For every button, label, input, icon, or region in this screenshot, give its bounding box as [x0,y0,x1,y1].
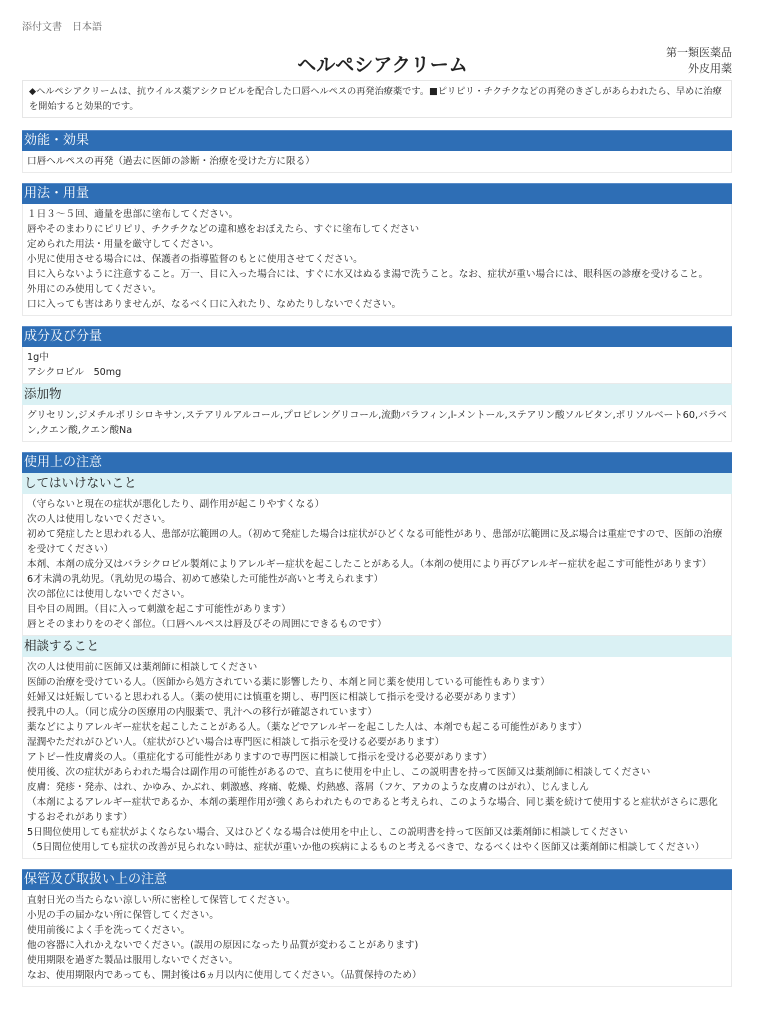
text-line: （守らないと現在の症状が悪化したり、副作用が起こりやすくなる） [27,497,727,512]
sub-header-additives: 添加物 [22,384,732,405]
text-line: （本剤によるアレルギー症状であるか、本剤の薬理作用が強くあらわれたものであると考… [27,795,727,825]
section-ingredients: 成分及び分量 1g中 アシクロビル 50mg 添加物 グリセリン,ジメチルポリシ… [22,326,732,442]
text-line: 他の容器に入れかえないでください。(誤用の原因になったり品質が変わることがありま… [27,938,727,953]
category-class: 第一類医薬品 [666,45,732,61]
text-line: 使用前後によく手を洗ってください。 [27,923,727,938]
consult-body: 次の人は使用前に医師又は薬剤師に相談してください 医師の治療を受けている人。（医… [22,657,732,859]
section-body: １日３～５回、適量を患部に塗布してください。 唇やそのまわりにピリピリ、チクチク… [22,204,732,316]
text-line: 1g中 [27,350,727,365]
text-line: 次の人は使用しないでください。 [27,512,727,527]
text-line: 本剤、本剤の成分又はバラシクロビル製剤によりアレルギー症状を起こしたことがある人… [27,557,727,572]
section-header: 使用上の注意 [22,452,732,473]
text-line: 薬などによりアレルギー症状を起こしたことがある人。（薬などでアレルギーを起こした… [27,720,727,735]
text-line: 次の部位には使用しないでください。 [27,587,727,602]
text-line: 唇とそのまわりをのぞく部位。（口唇ヘルペスは唇及びその周囲にできるものです） [27,617,727,632]
text-line: （5日間位使用しても症状の改善が見られない時は、症状が重いか他の疾病によるものと… [27,840,727,855]
section-header: 効能・効果 [22,130,732,151]
text-line: 外用にのみ使用してください。 [27,282,727,297]
text-line: 6才未満の乳幼児。（乳幼児の場合、初めて感染した可能性が高いと考えられます） [27,572,727,587]
section-precautions: 使用上の注意 してはいけないこと （守らないと現在の症状が悪化したり、副作用が起… [22,452,732,859]
text-line: 定められた用法・用量を厳守してください。 [27,237,727,252]
text-line: 使用期限を過ぎた製品は服用しないでください。 [27,953,727,968]
product-category: 第一類医薬品 外皮用薬 [666,45,732,77]
text-line: グリセリン,ジメチルポリシロキサン,ステアリルアルコール,プロピレングリコール,… [27,408,727,438]
section-header: 成分及び分量 [22,326,732,347]
document-body: ◆ヘルペシアクリームは、抗ウイルス薬アシクロビルを配合した口唇ヘルペスの再発治療… [22,80,732,987]
section-body: 直射日光の当たらない涼しい所に密栓して保管してください。 小児の手の届かない所に… [22,890,732,987]
text-line: 唇やそのまわりにピリピリ、チクチクなどの違和感をおぼえたら、すぐに塗布してくださ… [27,222,727,237]
text-line: 妊婦又は妊娠していると思われる人。（薬の使用には慎重を期し、専門医に相談して指示… [27,690,727,705]
section-body: 1g中 アシクロビル 50mg [22,347,732,384]
text-line: 目に入らないように注意すること。万一、目に入った場合には、すぐに水又はぬるま湯で… [27,267,727,282]
section-body: 口唇ヘルペスの再発（過去に医師の診断・治療を受けた方に限る） [22,151,732,173]
text-line: 次の人は使用前に医師又は薬剤師に相談してください [27,660,727,675]
text-line: アトピー性皮膚炎の人。（重症化する可能性がありますので専門医に相談して指示を受け… [27,750,727,765]
text-line: なお、使用期限内であっても、開封後は6ヵ月以内に使用してください。（品質保持のた… [27,968,727,983]
text-line: 授乳中の人。（同じ成分の医療用の内服薬で、乳汁への移行が確認されています） [27,705,727,720]
document-label: 添付文書 日本語 [22,18,102,33]
dont-body: （守らないと現在の症状が悪化したり、副作用が起こりやすくなる） 次の人は使用しな… [22,494,732,636]
sub-header-consult: 相談すること [22,636,732,657]
section-header: 保管及び取扱い上の注意 [22,869,732,890]
product-title: ヘルペシアクリーム [0,50,765,77]
text-line: アシクロビル 50mg [27,365,727,380]
intro-box: ◆ヘルペシアクリームは、抗ウイルス薬アシクロビルを配合した口唇ヘルペスの再発治療… [22,80,732,118]
additives-body: グリセリン,ジメチルポリシロキサン,ステアリルアルコール,プロピレングリコール,… [22,405,732,442]
text-line: １日３～５回、適量を患部に塗布してください。 [27,207,727,222]
text-line: 皮膚：発疹・発赤、はれ、かゆみ、かぶれ、刺激感、疼痛、乾燥、灼熱感、落屑（フケ、… [27,780,727,795]
text-line: 口に入っても害はありませんが、なるべく口に入れたり、なめたりしないでください。 [27,297,727,312]
text-line: 使用後、次の症状があらわれた場合は副作用の可能性があるので、直ちに使用を中止し、… [27,765,727,780]
text-line: 小児に使用させる場合には、保護者の指導監督のもとに使用させてください。 [27,252,727,267]
text-line: 湿潤やただれがひどい人。（症状がひどい場合は専門医に相談して指示を受ける必要があ… [27,735,727,750]
section-dosage: 用法・用量 １日３～５回、適量を患部に塗布してください。 唇やそのまわりにピリピ… [22,183,732,316]
text-line: 医師の治療を受けている人。（医師から処方されている薬に影響したり、本剤と同じ薬を… [27,675,727,690]
text-line: 口唇ヘルペスの再発（過去に医師の診断・治療を受けた方に限る） [27,154,727,169]
text-line: 直射日光の当たらない涼しい所に密栓して保管してください。 [27,893,727,908]
section-header: 用法・用量 [22,183,732,204]
text-line: 初めて発症したと思われる人、患部が広範囲の人。（初めて発症した場合は症状がひどく… [27,527,727,557]
sub-header-dont: してはいけないこと [22,473,732,494]
section-storage: 保管及び取扱い上の注意 直射日光の当たらない涼しい所に密栓して保管してください。… [22,869,732,987]
text-line: 小児の手の届かない所に保管してください。 [27,908,727,923]
text-line: 目や目の周囲。（目に入って刺激を起こす可能性があります） [27,602,727,617]
category-type: 外皮用薬 [666,61,732,77]
section-efficacy: 効能・効果 口唇ヘルペスの再発（過去に医師の診断・治療を受けた方に限る） [22,130,732,173]
text-line: 5日間位使用しても症状がよくならない場合、又はひどくなる場合は使用を中止し、この… [27,825,727,840]
